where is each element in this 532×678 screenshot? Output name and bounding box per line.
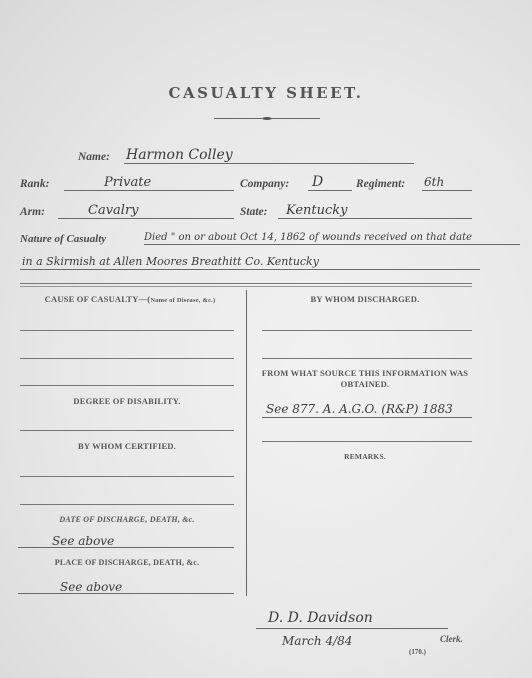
nature-of-casualty-field-line1: Died " on or about Oct 14, 1862 of wound… bbox=[144, 227, 520, 245]
place-of-discharge-value: See above bbox=[18, 580, 122, 594]
cause-of-casualty-label: CAUSE OF CASUALTY—(Name of Disease, &c.) bbox=[20, 294, 240, 304]
state-label: State: bbox=[240, 206, 267, 218]
arm-field: Cavalry bbox=[58, 201, 234, 219]
date-of-discharge-value: See above bbox=[18, 534, 114, 548]
cause-line-1 bbox=[20, 330, 234, 331]
regiment-value: 6th bbox=[422, 175, 444, 189]
date-of-discharge-field: See above bbox=[18, 532, 234, 548]
company-field: D bbox=[308, 173, 352, 191]
nature-of-casualty-value-line2: in a Skirmish at Allen Moores Breathitt … bbox=[20, 255, 319, 268]
company-label: Company: bbox=[240, 178, 289, 190]
discharged-line-2 bbox=[262, 358, 472, 359]
regiment-field: 6th bbox=[422, 173, 472, 191]
cause-line-2 bbox=[20, 358, 234, 359]
certified-line-1 bbox=[20, 476, 234, 477]
rank-field: Private bbox=[64, 173, 234, 191]
casualty-sheet-page: CASUALTY SHEET. Name: Harmon Colley Rank… bbox=[0, 0, 532, 678]
source-line-2 bbox=[262, 441, 472, 442]
by-whom-certified-label: BY WHOM CERTIFIED. bbox=[20, 441, 234, 451]
regiment-label: Regiment: bbox=[356, 178, 405, 190]
nature-of-casualty-field-line2: in a Skirmish at Allen Moores Breathitt … bbox=[20, 252, 480, 270]
arm-label: Arm: bbox=[20, 206, 45, 218]
information-source-label: FROM WHAT SOURCE THIS INFORMATION WAS OB… bbox=[258, 368, 472, 390]
nature-of-casualty-value-line1: Died " on or about Oct 14, 1862 of wound… bbox=[144, 232, 472, 243]
date-of-discharge-label: DATE OF DISCHARGE, DEATH, &c. bbox=[20, 515, 234, 524]
degree-of-disability-label: DEGREE OF DISABILITY. bbox=[20, 396, 234, 406]
name-field: Harmon Colley bbox=[124, 146, 414, 164]
cause-line-3 bbox=[20, 385, 234, 386]
name-value: Harmon Colley bbox=[124, 147, 233, 163]
company-value: D bbox=[308, 174, 323, 190]
state-field: Kentucky bbox=[278, 201, 472, 219]
document-title: CASUALTY SHEET. bbox=[0, 84, 532, 102]
state-value: Kentucky bbox=[278, 203, 348, 218]
column-divider bbox=[246, 290, 247, 596]
degree-line bbox=[20, 430, 234, 431]
certified-line-2 bbox=[20, 504, 234, 505]
signature-field: D. D. Davidson bbox=[256, 609, 448, 629]
signature-value: D. D. Davidson bbox=[256, 610, 373, 626]
arm-value: Cavalry bbox=[58, 203, 139, 218]
place-of-discharge-label: PLACE OF DISCHARGE, DEATH, &c. bbox=[20, 558, 234, 567]
signature-date: March 4/84 bbox=[282, 634, 352, 648]
title-ornament bbox=[214, 117, 320, 121]
information-source-value: See 877. A. A.G.O. (R&P) 1883 bbox=[262, 402, 453, 416]
name-label: Name: bbox=[78, 151, 110, 163]
rank-value: Private bbox=[64, 175, 151, 190]
information-source-field: See 877. A. A.G.O. (R&P) 1883 bbox=[262, 400, 472, 418]
place-of-discharge-field: See above bbox=[18, 578, 234, 594]
rank-label: Rank: bbox=[20, 178, 49, 190]
nature-of-casualty-label: Nature of Casualty bbox=[20, 233, 106, 245]
by-whom-discharged-label: BY WHOM DISCHARGED. bbox=[258, 294, 472, 304]
discharged-line-1 bbox=[262, 330, 472, 331]
section-divider bbox=[20, 283, 472, 287]
clerk-label: Clerk. bbox=[440, 634, 463, 644]
remarks-label: REMARKS. bbox=[258, 452, 472, 461]
form-number: (170.) bbox=[409, 648, 426, 656]
